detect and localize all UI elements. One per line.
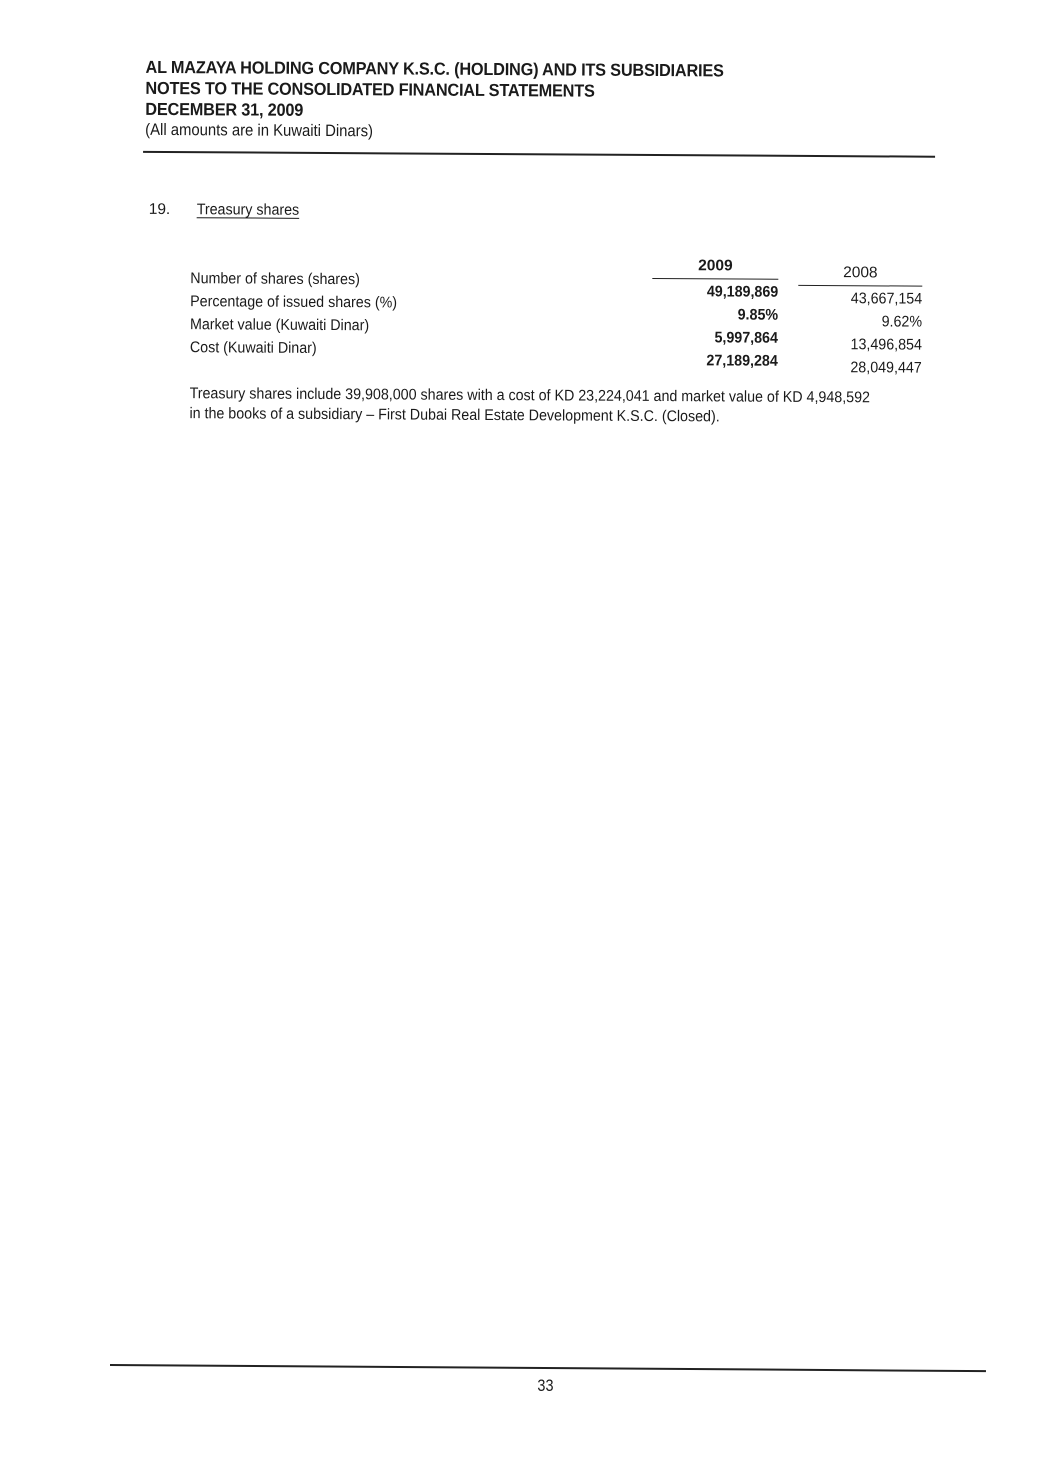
document-header: AL MAZAYA HOLDING COMPANY K.S.C. (HOLDIN… bbox=[145, 57, 767, 144]
row-label: Number of shares (shares) bbox=[190, 267, 397, 291]
column-header: 2009 bbox=[652, 254, 778, 280]
column-2008: 2008 43,667,154 9.62% 13,496,854 28,049,… bbox=[798, 261, 923, 380]
section-heading: 19. Treasury shares bbox=[149, 201, 309, 220]
treasury-shares-table: Number of shares (shares) Percentage of … bbox=[190, 251, 930, 256]
table-cell: 5,997,864 bbox=[662, 326, 778, 350]
currency-note: (All amounts are in Kuwaiti Dinars) bbox=[145, 120, 705, 143]
document-page: AL MAZAYA HOLDING COMPANY K.S.C. (HOLDIN… bbox=[0, 0, 1040, 1471]
table-cell: 28,049,447 bbox=[808, 356, 922, 380]
header-divider bbox=[143, 151, 935, 158]
section-title: Treasury shares bbox=[197, 201, 300, 220]
table-cell: 43,667,154 bbox=[808, 287, 922, 311]
column-2009: 2009 49,189,869 9.85% 5,997,864 27,189,2… bbox=[652, 254, 779, 373]
row-label: Percentage of issued shares (%) bbox=[190, 290, 397, 314]
row-label: Market value (Kuwaiti Dinar) bbox=[190, 313, 397, 337]
table-cell: 9.85% bbox=[662, 303, 778, 327]
treasury-note: Treasury shares include 39,908,000 share… bbox=[189, 384, 888, 428]
row-labels: Number of shares (shares) Percentage of … bbox=[190, 267, 397, 360]
section-number: 19. bbox=[149, 201, 193, 219]
page-number: 33 bbox=[537, 1376, 553, 1396]
table-cell: 27,189,284 bbox=[662, 349, 778, 373]
table-cell: 49,189,869 bbox=[662, 280, 778, 304]
table-cell: 9.62% bbox=[808, 310, 922, 334]
row-label: Cost (Kuwaiti Dinar) bbox=[190, 336, 397, 360]
column-header: 2008 bbox=[798, 261, 922, 287]
table-cell: 13,496,854 bbox=[808, 333, 922, 357]
